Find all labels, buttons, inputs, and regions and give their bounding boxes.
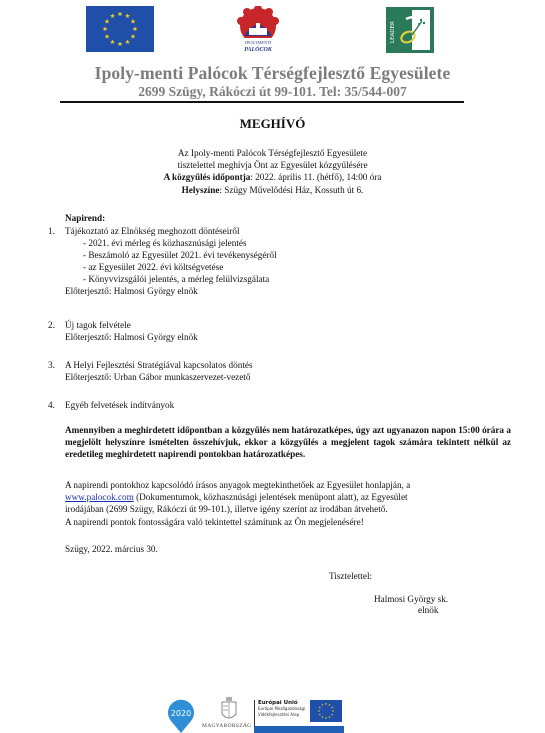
agenda-subitem: - Könyvvizsgálói jelentés, a mérleg felü…	[83, 273, 269, 285]
info-line-2: www.palocok.com (Dokumentumok, közhasznú…	[65, 491, 495, 503]
svg-text:PALÓCOK: PALÓCOK	[244, 45, 273, 53]
eu-fund-label: Európai Unió Európai Mezőgazdasági Vidék…	[254, 700, 318, 728]
svg-text:LEADER: LEADER	[390, 21, 396, 43]
header-divider	[60, 101, 464, 103]
eu-stars-icon	[86, 6, 154, 52]
meeting-date-value: : 2022. április 11. (hétfő), 14:00 óra	[250, 172, 381, 182]
organization-name: Ipoly-menti Palócok Térségfejlesztő Egye…	[0, 63, 545, 84]
agenda-item-number: 2.	[48, 319, 55, 331]
szechenyi-2020-logo: 2020	[164, 699, 198, 733]
agenda-item-title: A Helyi Fejlesztési Stratégiával kapcsol…	[65, 359, 253, 371]
eu-flag-logo	[86, 6, 154, 52]
agenda-item-title: Új tagok felvétele	[65, 319, 131, 331]
eu-banner-strip	[254, 726, 344, 733]
website-link[interactable]: www.palocok.com	[65, 492, 134, 502]
materials-info: A napirendi pontokhoz kapcsolódó írásos …	[65, 479, 495, 528]
eu-fund-line-2: Vidékfejlesztési Alap	[258, 712, 318, 718]
invitation-intro: Az Ipoly-menti Palócok Térségfejlesztő E…	[0, 147, 545, 196]
signature-role: elnök	[418, 605, 438, 615]
agenda-item-presenter: Előterjesztő: Halmosi György elnök	[65, 285, 198, 297]
agenda-list: 1. Tájékoztató az Elnökség meghozott dön…	[0, 225, 545, 415]
svg-text:2020: 2020	[171, 709, 191, 718]
organization-address: 2699 Szügy, Rákóczi út 99-101. Tel: 35/5…	[0, 84, 545, 100]
agenda-heading: Napirend:	[65, 213, 105, 223]
agenda-item-number: 4.	[48, 399, 55, 411]
hungary-label: MAGYARORSZÁG	[202, 723, 251, 729]
meeting-date: A közgyűlés időpontja: 2022. április 11.…	[0, 171, 545, 183]
agenda-item-title: Tájékoztató az Elnökség meghozott döntés…	[65, 225, 240, 237]
info-line-1: A napirendi pontokhoz kapcsolódó írásos …	[65, 479, 495, 491]
agenda-item-number: 1.	[48, 225, 55, 237]
agenda-item-presenter: Előterjesztő: Halmosi György elnök	[65, 331, 198, 343]
leader-logo: LEADER	[386, 7, 434, 53]
agenda-item-number: 3.	[48, 359, 55, 371]
closing-regards: Tisztelettel:	[329, 571, 372, 581]
meeting-date-label: A közgyűlés időpontja	[164, 172, 251, 182]
agenda-item-presenter: Előterjesztő: Urban Gábor munkaszervezet…	[65, 371, 250, 383]
agenda-item-title: Egyéb felvetések indítványok	[65, 399, 174, 411]
agenda-subitem: - Beszámoló az Egyesület 2021. évi tevék…	[83, 249, 277, 261]
eu-flag-small-logo	[310, 700, 342, 722]
info-line-4: A napirendi pontok fontosságára való tek…	[65, 516, 495, 528]
hungary-coat-of-arms-icon	[218, 696, 240, 724]
meeting-venue-label: Helyszíne	[182, 185, 220, 195]
intro-line-1: Az Ipoly-menti Palócok Térségfejlesztő E…	[0, 147, 545, 159]
document-title: MEGHÍVÓ	[0, 116, 545, 132]
svg-text:IPOLYMENTI: IPOLYMENTI	[244, 40, 271, 45]
document-date: Szügy, 2022. március 30.	[65, 544, 158, 554]
meeting-venue: Helyszíne: Szügy Művelődési Ház, Kossuth…	[0, 184, 545, 196]
agenda-subitem: - 2021. évi mérleg és közhasznúsági jele…	[83, 237, 247, 249]
agenda-subitem: - az Egyesület 2022. évi költségvetése	[83, 261, 223, 273]
signature-name: Halmosi György sk.	[374, 594, 448, 604]
eu-stars-icon	[310, 700, 342, 722]
info-line-2-text: (Dokumentumok, közhasznúsági jelentések …	[134, 492, 408, 502]
meeting-venue-value: : Szügy Művelődési Ház, Kossuth út 6.	[219, 185, 363, 195]
intro-line-2: tisztelettel meghívja Önt az Egyesület k…	[0, 159, 545, 171]
quorum-notice: Amennyiben a meghirdetett időpontban a k…	[65, 424, 511, 461]
info-line-3: irodájában (2699 Szügy, Rákóczi út 99-10…	[65, 503, 495, 515]
palocok-logo: IPOLYMENTI PALÓCOK	[234, 6, 282, 54]
